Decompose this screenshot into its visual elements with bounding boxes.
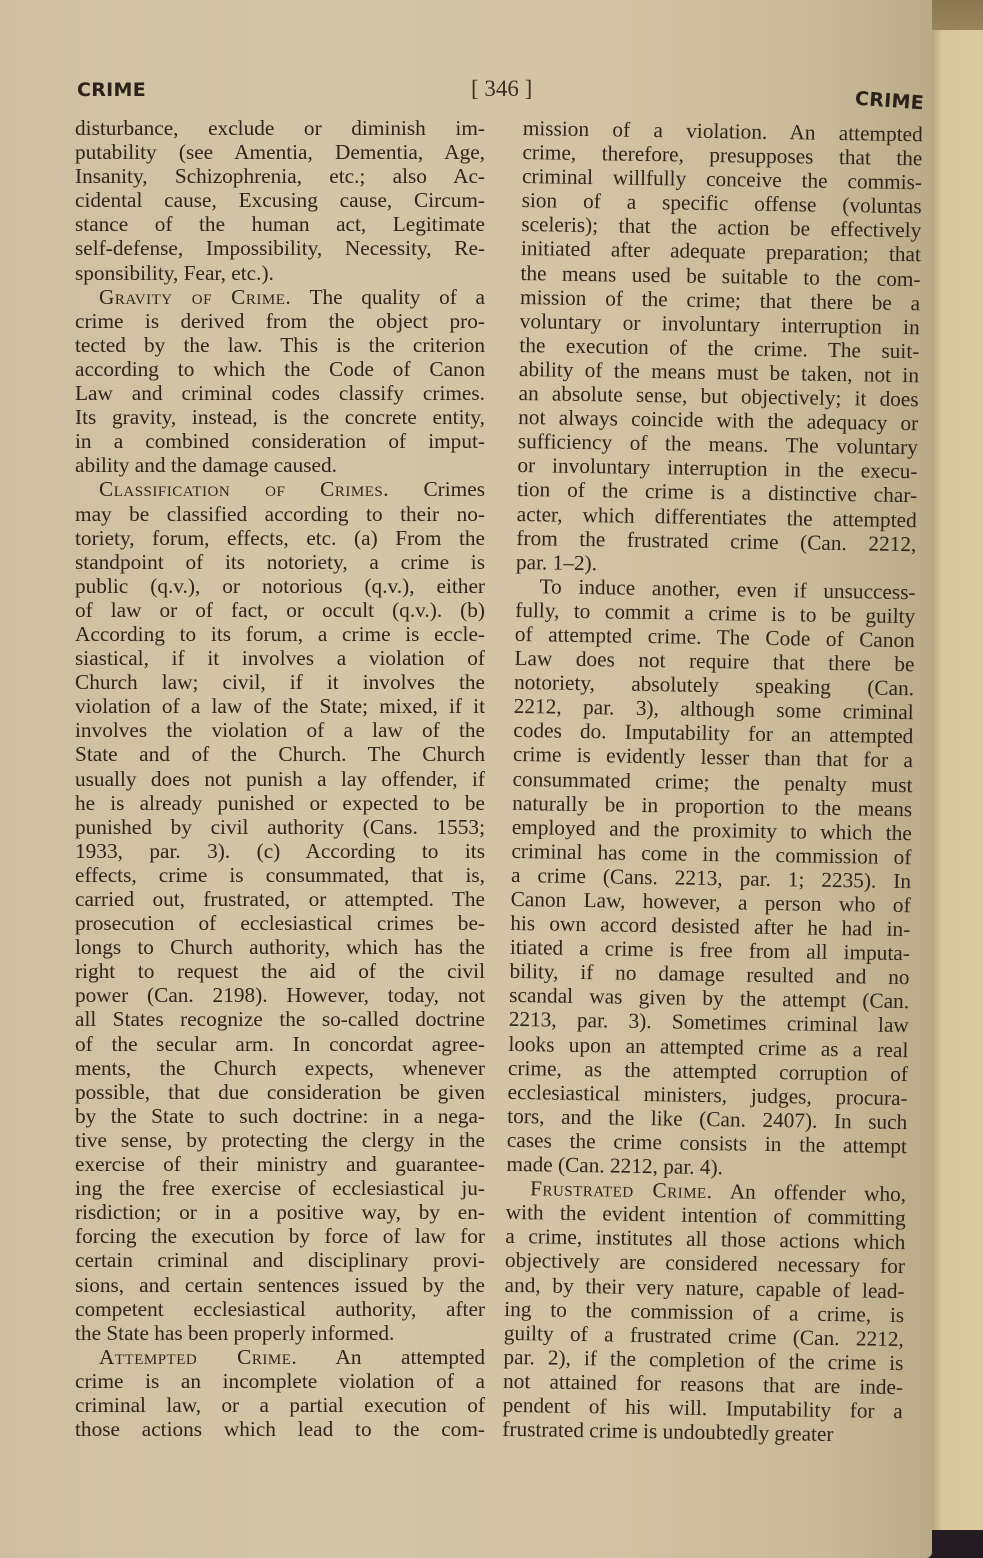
text-line: the State has been properly informed. — [75, 1321, 485, 1345]
text-line: of the secular arm. In concordat agree- — [75, 1032, 485, 1056]
text-line: Gravity of Crime. The quality of a — [75, 285, 485, 309]
text-line: effects, crime is consummated, that is, — [75, 863, 485, 887]
text-line: all States recognize the so-called doctr… — [75, 1007, 485, 1031]
text-line: competent ecclesiastical authority, afte… — [75, 1297, 485, 1321]
text-line: standpoint of its notoriety, a crime is — [75, 550, 485, 574]
text-line: may be classified according to their no- — [75, 502, 485, 526]
text-line: longs to Church authority, which has the — [75, 935, 485, 959]
text-line: he is already punished or expected to be — [75, 791, 485, 815]
text-line: by the State to such doctrine: in a nega… — [75, 1104, 485, 1128]
text-line: exercise of their ministry and guarantee… — [75, 1152, 485, 1176]
text-line: usually does not punish a lay offender, … — [75, 767, 485, 791]
text-line: those actions which lead to the com- — [75, 1417, 485, 1441]
text-line: sions, and certain sentences issued by t… — [75, 1273, 485, 1297]
text-line: Classification of Crimes. Crimes — [75, 477, 485, 501]
text-line: possible, that due consideration be give… — [75, 1080, 485, 1104]
text-line: of law or of fact, or occult (q.v.). (b) — [75, 598, 485, 622]
text-line: self-defense, Impossibility, Necessity, … — [75, 236, 485, 260]
text-line: public (q.v.), or notorious (q.v.), eith… — [75, 574, 485, 598]
text-line: According to its forum, a crime is eccle… — [75, 622, 485, 646]
text-line: Church law; civil, if it involves the — [75, 670, 485, 694]
text-line: toriety, forum, effects, etc. (a) From t… — [75, 526, 485, 550]
text-line: 1933, par. 3). (c) According to its — [75, 839, 485, 863]
text-line: crime is derived from the object pro- — [75, 309, 485, 333]
text-line: siastical, if it involves a violation of — [75, 646, 485, 670]
text-line: ability and the damage caused. — [75, 453, 485, 477]
text-line: violation of a law of the State; mixed, … — [75, 694, 485, 718]
text-line: according to which the Code of Canon — [75, 357, 485, 381]
text-line: certain criminal and disciplinary provi- — [75, 1248, 485, 1272]
text-line: criminal law, or a partial execution of — [75, 1393, 485, 1417]
text-line: right to request the aid of the civil — [75, 959, 485, 983]
running-head-left: CRIME — [77, 79, 146, 101]
text-line: ing the free exercise of ecclesiastical … — [75, 1176, 485, 1200]
text-line: involves the violation of a law of the — [75, 718, 485, 742]
page-number: [ 346 ] — [471, 76, 532, 102]
text-line: carried out, frustrated, or attempted. T… — [75, 887, 485, 911]
text-line: in a combined consideration of imput- — [75, 429, 485, 453]
text-line: Law and criminal codes classify crimes. — [75, 381, 485, 405]
text-line: tected by the law. This is the criterion — [75, 333, 485, 357]
text-line: tive sense, by protecting the clergy in … — [75, 1128, 485, 1152]
text-line: putability (see Amentia, Dementia, Age, — [75, 140, 485, 164]
text-line: ments, the Church expects, whenever — [75, 1056, 485, 1080]
text-line: disturbance, exclude or diminish im- — [75, 116, 485, 140]
text-line: Insanity, Schizophrenia, etc.; also Ac- — [75, 164, 485, 188]
book-page: CRIME [ 346 ] CRIME disturbance, exclude… — [0, 0, 932, 1558]
text-line: forcing the execution by force of law fo… — [75, 1224, 485, 1248]
text-line: cidental cause, Excusing cause, Circum- — [75, 188, 485, 212]
next-page-edge — [932, 30, 983, 1530]
text-line: stance of the human act, Legitimate — [75, 212, 485, 236]
left-column: disturbance, exclude or diminish im-puta… — [75, 116, 485, 1441]
text-line: Its gravity, instead, is the concrete en… — [75, 405, 485, 429]
text-line: power (Can. 2198). However, today, not — [75, 983, 485, 1007]
text-line: crime is an incomplete violation of a — [75, 1369, 485, 1393]
text-line: Attempted Crime. An attempted — [75, 1345, 485, 1369]
text-line: punished by civil authority (Cans. 1553; — [75, 815, 485, 839]
text-line: risdiction; or in a positive way, by en- — [75, 1200, 485, 1224]
text-line: prosecution of ecclesiastical crimes be- — [75, 911, 485, 935]
text-line: State and of the Church. The Church — [75, 742, 485, 766]
right-column: mission of a violation. An attemptedcrim… — [502, 116, 923, 1447]
text-line: sponsibility, Fear, etc.). — [75, 261, 485, 285]
running-head-right: CRIME — [854, 88, 924, 115]
